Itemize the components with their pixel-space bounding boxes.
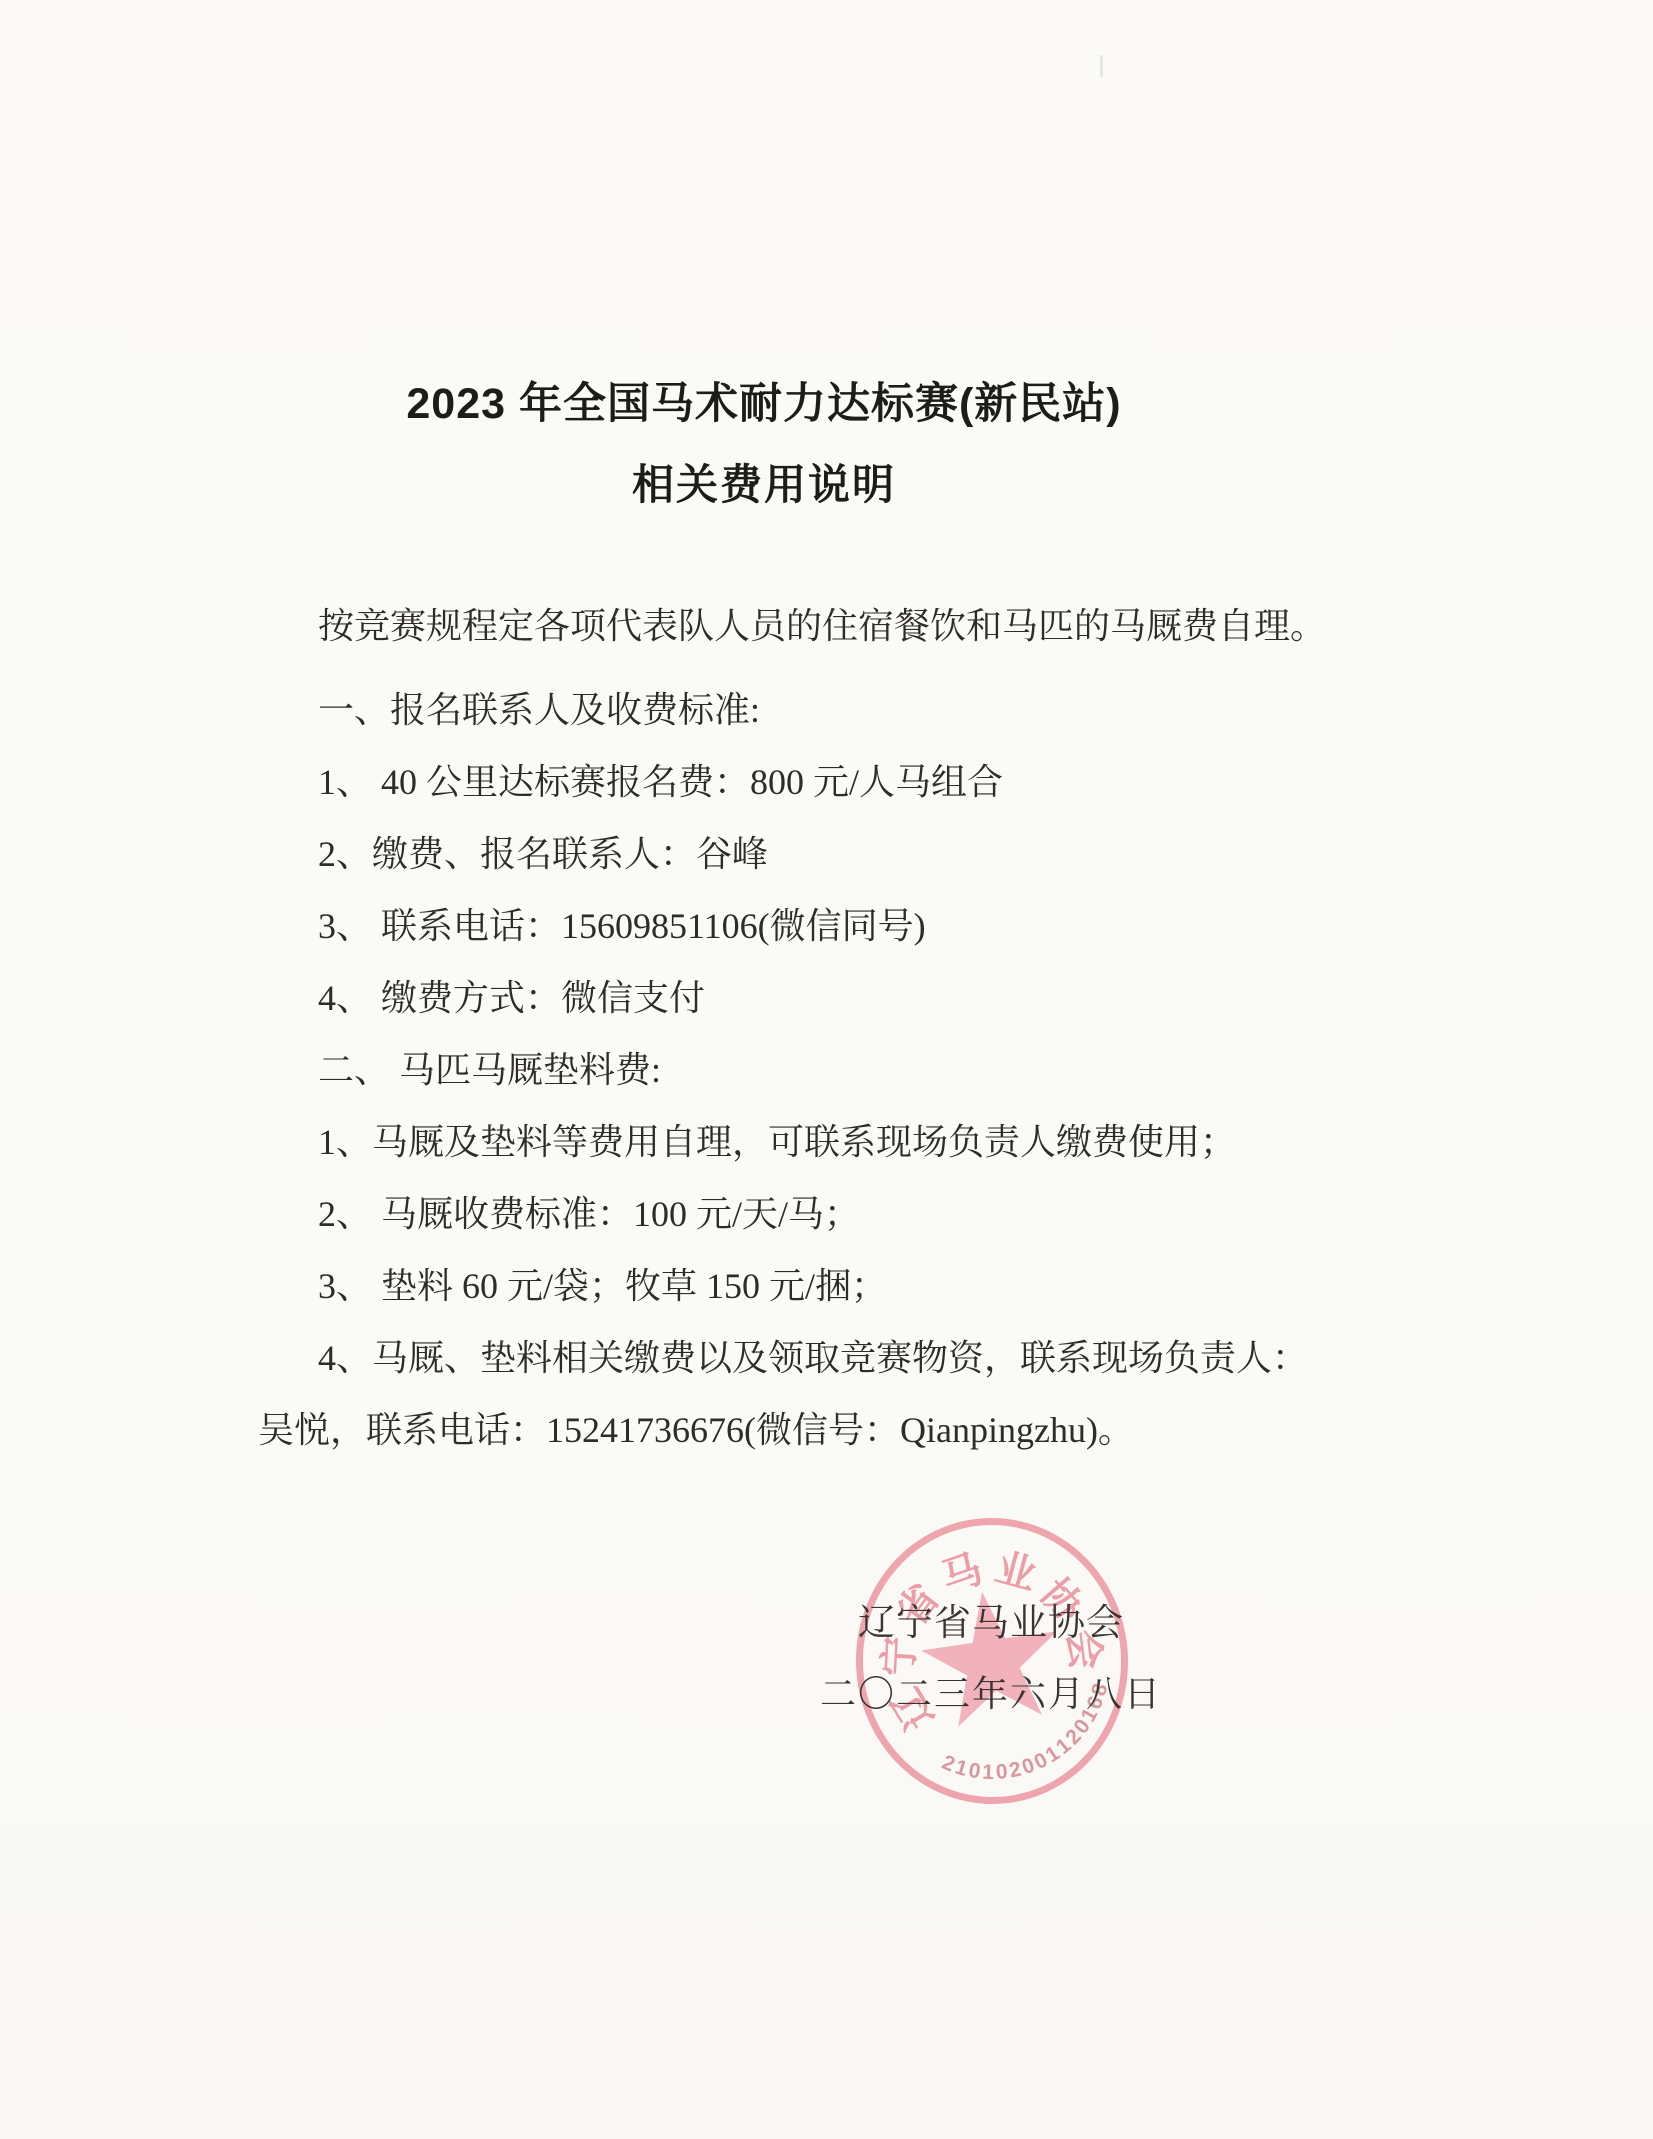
signature-organization: 辽宁省马业协会 bbox=[858, 1592, 1124, 1646]
document-page: 2023 年全国马术耐力达标赛(新民站) 相关费用说明 按竞赛规程定各项代表队人… bbox=[0, 0, 1653, 2139]
document-title: 2023 年全国马术耐力达标赛(新民站) bbox=[258, 370, 1270, 431]
section1-item: 2、缴费、报名联系人：谷峰 bbox=[258, 818, 1468, 890]
section1-item: 3、 联系电话：15609851106(微信同号) bbox=[258, 890, 1468, 962]
official-seal: 辽宁省马业协会210102001120168 bbox=[851, 1513, 1133, 1808]
section2-item: 2、 马厩收费标准：100 元/天/马； bbox=[258, 1178, 1468, 1250]
section2-item: 3、 垫料 60 元/袋；牧草 150 元/捆； bbox=[258, 1250, 1468, 1322]
section2-item: 1、马厩及垫料等费用自理，可联系现场负责人缴费使用； bbox=[258, 1106, 1468, 1178]
section2-item-continuation: 吴悦，联系电话：15241736676(微信号：Qianpingzhu)。 bbox=[258, 1394, 1468, 1466]
scan-artifact-mark bbox=[1100, 55, 1103, 77]
section1-heading: 一、报名联系人及收费标准: bbox=[258, 674, 1468, 746]
section1-item: 1、 40 公里达标赛报名费：800 元/人马组合 bbox=[258, 746, 1468, 818]
intro-paragraph: 按竞赛规程定各项代表队人员的住宿餐饮和马匹的马厩费自理。 bbox=[258, 590, 1468, 662]
section2-item: 4、马厩、垫料相关缴费以及领取竞赛物资，联系现场负责人： bbox=[258, 1322, 1468, 1394]
signature-date: 二〇二三年六月八日 bbox=[820, 1666, 1162, 1717]
document-body: 按竞赛规程定各项代表队人员的住宿餐饮和马匹的马厩费自理。 一、报名联系人及收费标… bbox=[258, 590, 1468, 1466]
document-subtitle: 相关费用说明 bbox=[258, 452, 1270, 512]
section1-item: 4、 缴费方式：微信支付 bbox=[258, 962, 1468, 1034]
section2-heading: 二、 马匹马厩垫料费: bbox=[258, 1034, 1468, 1106]
